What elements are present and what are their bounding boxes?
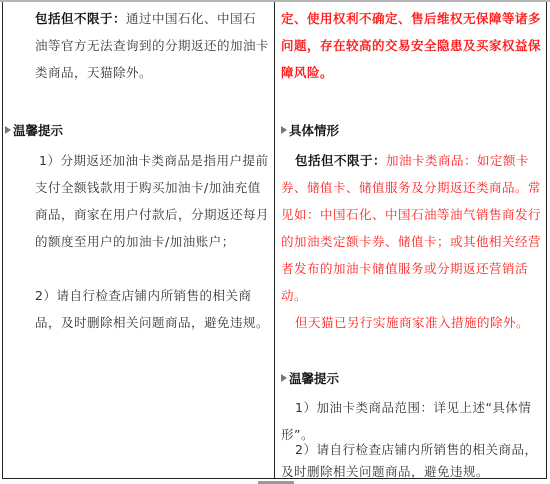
triangle-bullet-icon xyxy=(5,126,11,134)
risk-description: 定、使用权利不确定、售后维权无保障等诸多问题，存在较高的交易安全隐患及买家权益保… xyxy=(281,5,547,86)
details-body: 包括但不限于：加油卡类商品：如定额卡券、储值卡、储值服务及分期返还类商品。常见如… xyxy=(281,147,546,309)
details-exception: 但天猫已另行实施商家准入措施的除外。 xyxy=(295,309,547,336)
left-tips-heading: 温馨提示 xyxy=(5,121,63,139)
right-tips-heading: 温馨提示 xyxy=(281,369,339,387)
details-heading: 具体情形 xyxy=(281,121,339,139)
left-intro: 包括但不限于：通过中国石化、中国石油等官方无法查询到的分期返还的加油卡类商品，天… xyxy=(35,5,269,86)
policy-table: 包括但不限于：通过中国石化、中国石油等官方无法查询到的分期返还的加油卡类商品，天… xyxy=(2,2,547,479)
intro-label: 包括但不限于： xyxy=(35,11,126,26)
right-column: 定、使用权利不确定、售后维权无保障等诸多问题，存在较高的交易安全隐患及买家权益保… xyxy=(275,2,546,478)
tips-heading-text: 温馨提示 xyxy=(13,121,63,139)
triangle-bullet-icon xyxy=(281,374,287,382)
tips-heading-text: 温馨提示 xyxy=(289,369,339,387)
triangle-bullet-icon xyxy=(281,126,287,134)
right-tip-2: 2）请自行检查店铺内所销售的相关商品，及时删除相关问题商品，避免违规。 xyxy=(281,439,549,483)
details-label: 包括但不限于： xyxy=(295,153,386,168)
left-column: 包括但不限于：通过中国石化、中国石油等官方无法查询到的分期返还的加油卡类商品，天… xyxy=(3,2,275,478)
left-tip-1: 1）分期返还加油卡类商品是指用户提前支付全额钱款用于购买加油卡/加油充值商品，商… xyxy=(35,147,271,255)
left-tip-2: 2）请自行检查店铺内所销售的相关商品，及时删除相关问题商品，避免违规。 xyxy=(35,282,271,336)
details-text: 加油卡类商品：如定额卡券、储值卡、储值服务及分期返还类商品。常见如：中国石化、中… xyxy=(281,153,541,303)
details-heading-text: 具体情形 xyxy=(289,121,339,139)
